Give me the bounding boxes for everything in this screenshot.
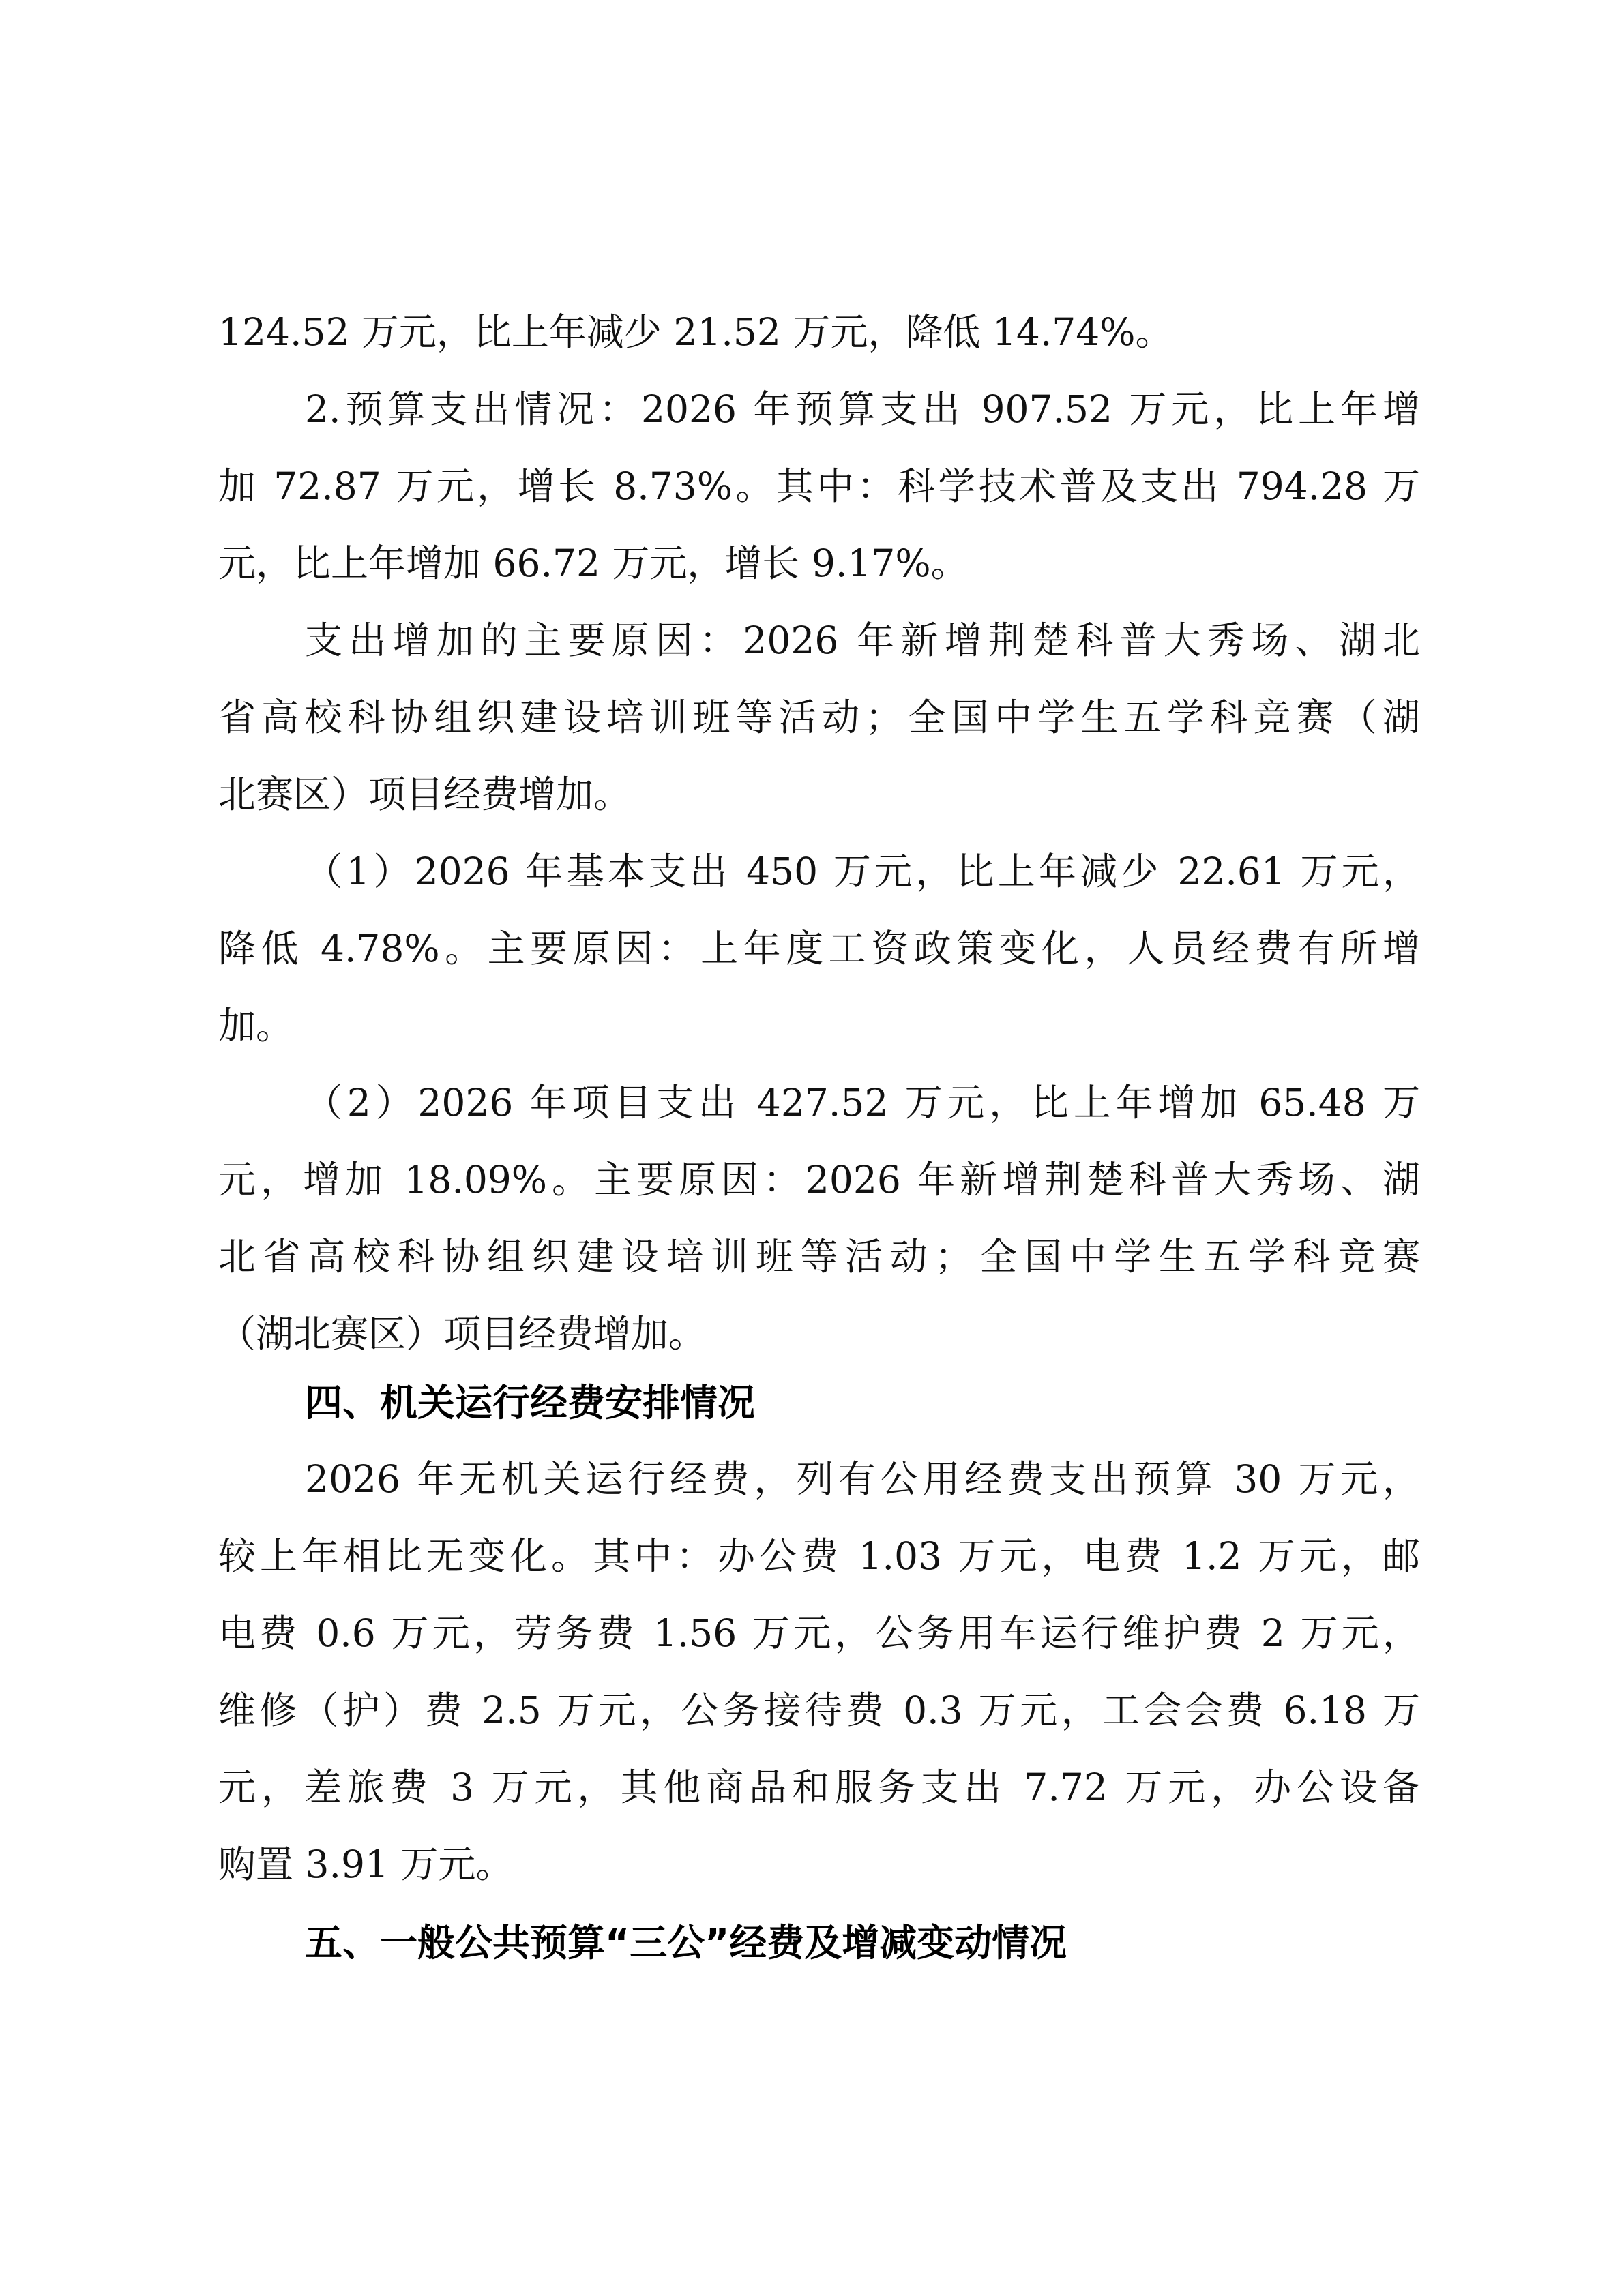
- paragraph-line: （2）2026 年项目支出 427.52 万元，比上年增加 65.48 万: [305, 1079, 1420, 1127]
- paragraph-line: 电费 0.6 万元，劳务费 1.56 万元，公务用车运行维护费 2 万元，: [218, 1609, 1420, 1657]
- paragraph-line: 省高校科协组织建设培训班等活动；全国中学生五学科竞赛（湖: [218, 694, 1420, 741]
- paragraph-line: 北省高校科协组织建设培训班等活动；全国中学生五学科竞赛: [218, 1233, 1420, 1281]
- section-heading-three-public-expenses: 五、一般公共预算“三公”经费及增减变动情况: [305, 1919, 1420, 1967]
- paragraph-line: 加。: [218, 1002, 1420, 1049]
- document-page: 124.52 万元，比上年减少 21.52 万元，降低 14.74%。 2.预算…: [0, 0, 1624, 2296]
- paragraph-line: 元，差旅费 3 万元，其他商品和服务支出 7.72 万元，办公设备: [218, 1763, 1420, 1811]
- paragraph-line: 2026 年无机关运行经费，列有公用经费支出预算 30 万元，: [305, 1455, 1420, 1503]
- paragraph-line: 降低 4.78%。主要原因：上年度工资政策变化，人员经费有所增: [218, 925, 1420, 972]
- paragraph-line: 124.52 万元，比上年减少 21.52 万元，降低 14.74%。: [218, 308, 1420, 356]
- paragraph-line: 北赛区）项目经费增加。: [218, 771, 1420, 818]
- paragraph-line: 购置 3.91 万元。: [218, 1840, 1420, 1888]
- paragraph-line: 元，增加 18.09%。主要原因：2026 年新增荆楚科普大秀场、湖: [218, 1156, 1420, 1204]
- section-heading-operating-expenses: 四、机关运行经费安排情况: [305, 1379, 1420, 1427]
- paragraph-line: （1）2026 年基本支出 450 万元，比上年减少 22.61 万元，: [305, 848, 1420, 895]
- paragraph-line: （湖北赛区）项目经费增加。: [218, 1310, 1420, 1358]
- paragraph-line: 元，比上年增加 66.72 万元，增长 9.17%。: [218, 539, 1420, 587]
- paragraph-line: 支出增加的主要原因：2026 年新增荆楚科普大秀场、湖北: [305, 616, 1420, 664]
- paragraph-line: 维修（护）费 2.5 万元，公务接待费 0.3 万元，工会会费 6.18 万: [218, 1686, 1420, 1734]
- paragraph-line: 较上年相比无变化。其中：办公费 1.03 万元，电费 1.2 万元，邮: [218, 1532, 1420, 1580]
- paragraph-line: 加 72.87 万元，增长 8.73%。其中：科学技术普及支出 794.28 万: [218, 462, 1420, 510]
- paragraph-line: 2.预算支出情况：2026 年预算支出 907.52 万元，比上年增: [305, 385, 1420, 433]
